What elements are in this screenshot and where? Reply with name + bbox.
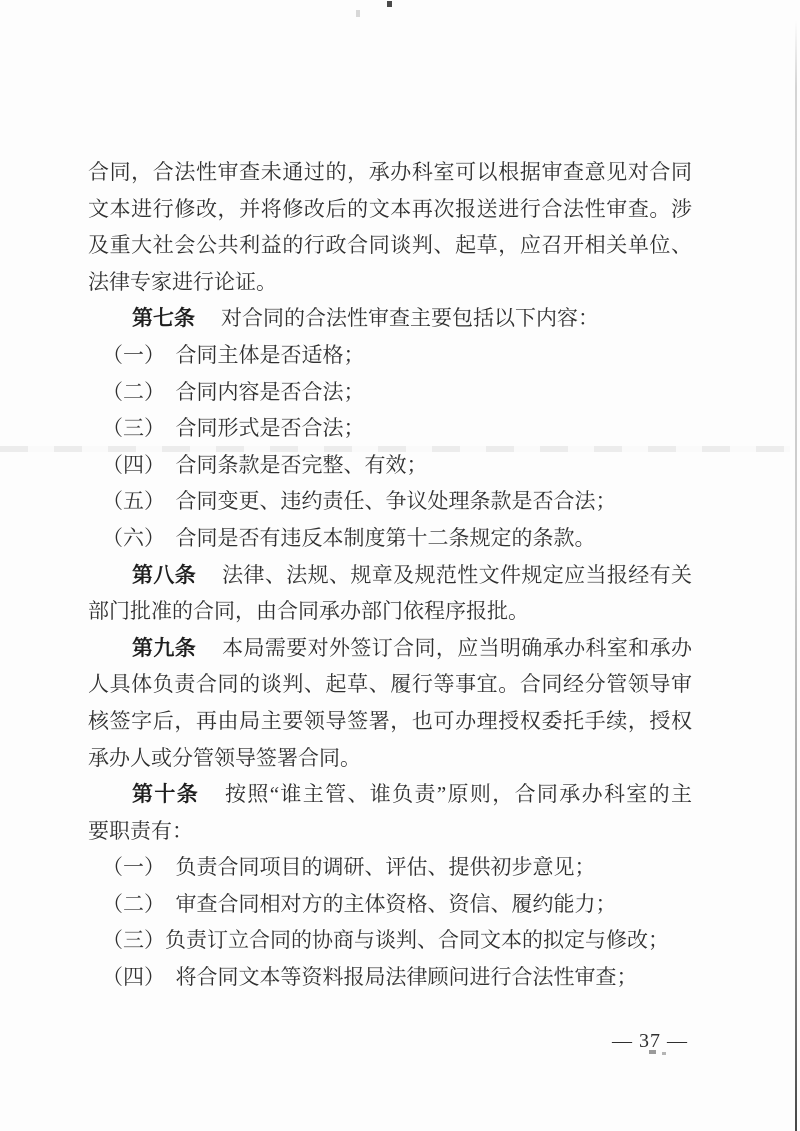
text-run: 本局需要对外签订合同，应当明确承办科室和承办 [222, 636, 692, 660]
scan-speck [387, 1, 392, 7]
text-line: 要职责有： [88, 813, 692, 850]
text-line: 承办人或分管领导签署合同。 [88, 740, 692, 777]
document-content: 合同，合法性审查未通过的，承办科室可以根据审查意见对合同 文本进行修改，并将修改… [88, 154, 692, 996]
article-number-label: 第十条 [132, 782, 199, 806]
text-line: 及重大社会公共利益的行政合同谈判、起草，应召开相关单位、 [88, 227, 692, 264]
article-number-label: 第九条 [132, 636, 196, 660]
article-9-heading: 第九条本局需要对外签订合同，应当明确承办科室和承办 [88, 630, 692, 667]
list-item: （三） 合同形式是否合法； [88, 410, 692, 447]
list-item: （五） 合同变更、违约责任、争议处理条款是否合法； [88, 483, 692, 520]
scanned-document-page: 合同，合法性审查未通过的，承办科室可以根据审查意见对合同 文本进行修改，并将修改… [0, 0, 800, 1131]
article-7-heading: 第七条对合同的合法性审查主要包括以下内容： [88, 300, 692, 337]
article-number-label: 第七条 [132, 306, 195, 330]
text-line: 部门批准的合同，由合同承办部门依程序报批。 [88, 593, 692, 630]
page-edge-line [795, 20, 797, 1131]
list-item: （一） 合同主体是否适格； [88, 337, 692, 374]
text-line: 合同，合法性审查未通过的，承办科室可以根据审查意见对合同 [88, 154, 692, 191]
text-line: 文本进行修改，并将修改后的文本再次报送进行合法性审查。涉 [88, 191, 692, 228]
scan-fold-artifact [0, 446, 790, 452]
list-item: （六） 合同是否有违反本制度第十二条规定的条款。 [88, 520, 692, 557]
list-item: （二） 合同内容是否合法； [88, 374, 692, 411]
list-item: （二） 审查合同相对方的主体资格、资信、履约能力； [88, 886, 692, 923]
article-number-label: 第八条 [132, 563, 196, 587]
article-8-heading: 第八条法律、法规、规章及规范性文件规定应当报经有关 [88, 557, 692, 594]
scan-speck [356, 10, 360, 17]
text-line: 人具体负责合同的谈判、起草、履行等事宜。合同经分管领导审 [88, 666, 692, 703]
text-line: 核签字后，再由局主要领导签署，也可办理授权委托手续，授权 [88, 703, 692, 740]
text-line: 法律专家进行论证。 [88, 264, 692, 301]
scan-speck [662, 1052, 666, 1055]
article-10-heading: 第十条按照“谁主管、谁负责”原则，合同承办科室的主 [88, 776, 692, 813]
text-run: 按照“谁主管、谁负责”原则，合同承办科室的主 [225, 782, 692, 806]
list-item: （三）负责订立合同的协商与谈判、合同文本的拟定与修改； [88, 922, 692, 959]
list-item: （四） 合同条款是否完整、有效； [88, 447, 692, 484]
list-item: （四） 将合同文本等资料报局法律顾问进行合法性审查； [88, 959, 692, 996]
text-run: 对合同的合法性审查主要包括以下内容： [221, 306, 599, 330]
text-run: 法律、法规、规章及规范性文件规定应当报经有关 [222, 563, 692, 587]
scan-speck [649, 1050, 656, 1054]
list-item: （一） 负责合同项目的调研、评估、提供初步意见； [88, 849, 692, 886]
